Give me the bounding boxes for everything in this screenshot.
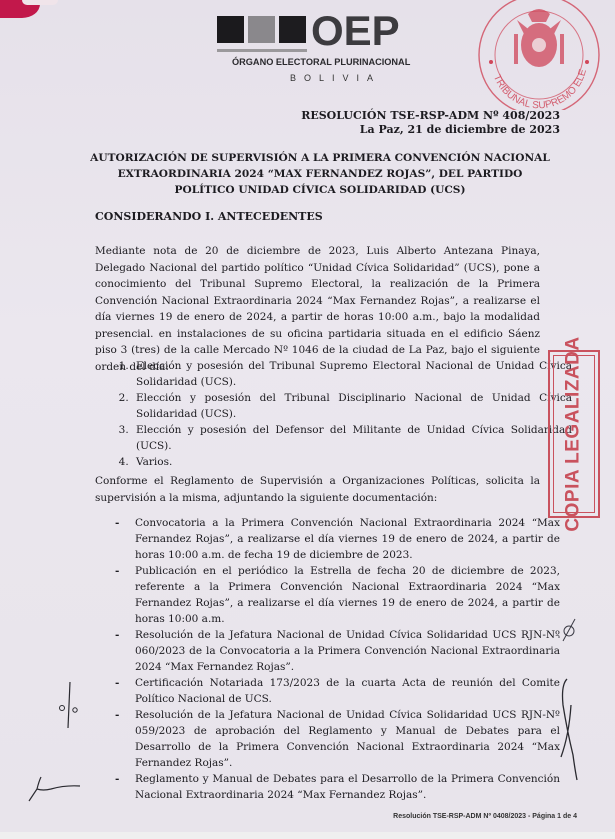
logo-country: BOLIVIA	[290, 73, 381, 83]
document-item: Reglamento y Manual de Debates para el D…	[135, 771, 560, 803]
document-item: Publicación en el periódico la Estrella …	[135, 563, 560, 627]
logo-acronym: OEP	[311, 10, 400, 52]
documents-list: Convocatoria a la Primera Convención Nac…	[115, 515, 560, 803]
document-item: Certificación Notariada 173/2023 de la c…	[135, 675, 560, 707]
logo-square-gray	[248, 16, 275, 43]
logo-bar	[217, 49, 307, 52]
agenda-item: Elección y posesión del Defensor del Mil…	[132, 422, 572, 454]
handwritten-initial-icon	[555, 615, 585, 645]
corner-tab	[0, 0, 40, 18]
copia-legalizada-stamp: COPIA LEGALIZADA	[548, 350, 600, 518]
page-footer-reference: Resolución TSE-RSP-ADM Nº 0408/2023 - Pá…	[393, 813, 577, 820]
stamp-inner-border: COPIA LEGALIZADA	[553, 355, 595, 513]
document-item: Resolución de la Jefatura Nacional de Un…	[135, 627, 560, 675]
section-heading: CONSIDERANDO I. ANTECEDENTES	[95, 210, 323, 223]
agenda-item: Elección y posesión del Tribunal Discipl…	[132, 390, 572, 422]
agenda-list: Elección y posesión del Tribunal Supremo…	[100, 358, 572, 470]
logo-square-dark	[217, 16, 244, 43]
oep-logo: OEP ÓRGANO ELECTORAL PLURINACIONAL BOLIV…	[215, 14, 425, 84]
paragraph-documentacion: Conforme el Reglamento de Supervisión a …	[95, 473, 540, 506]
paragraph-antecedentes: Mediante nota de 20 de diciembre de 2023…	[95, 243, 540, 375]
document-title: AUTORIZACIÓN DE SUPERVISIÓN A LA PRIMERA…	[90, 150, 550, 198]
handwritten-signature-icon	[25, 775, 85, 805]
stamp-text: COPIA LEGALIZADA	[563, 336, 585, 531]
handwritten-initial-icon	[55, 680, 85, 740]
document-item: Resolución de la Jefatura Nacional de Un…	[135, 707, 560, 771]
handwritten-signature-icon	[555, 675, 585, 785]
tribunal-seal-icon: TRIBUNAL SUPREMO ELECTORAL	[462, 0, 612, 110]
agenda-item: Elección y posesión del Tribunal Supremo…	[132, 358, 572, 390]
document-item: Convocatoria a la Primera Convención Nac…	[135, 515, 560, 563]
logo-square-dark	[279, 16, 306, 43]
resolution-date: La Paz, 21 de diciembre de 2023	[360, 123, 560, 136]
resolution-number: RESOLUCIÓN TSE-RSP-ADM Nº 408/2023	[301, 109, 560, 122]
document-page: OEP ÓRGANO ELECTORAL PLURINACIONAL BOLIV…	[0, 0, 615, 832]
logo-organization: ÓRGANO ELECTORAL PLURINACIONAL	[232, 57, 442, 67]
bottom-strip	[0, 832, 615, 839]
agenda-item: Varios.	[132, 454, 572, 470]
